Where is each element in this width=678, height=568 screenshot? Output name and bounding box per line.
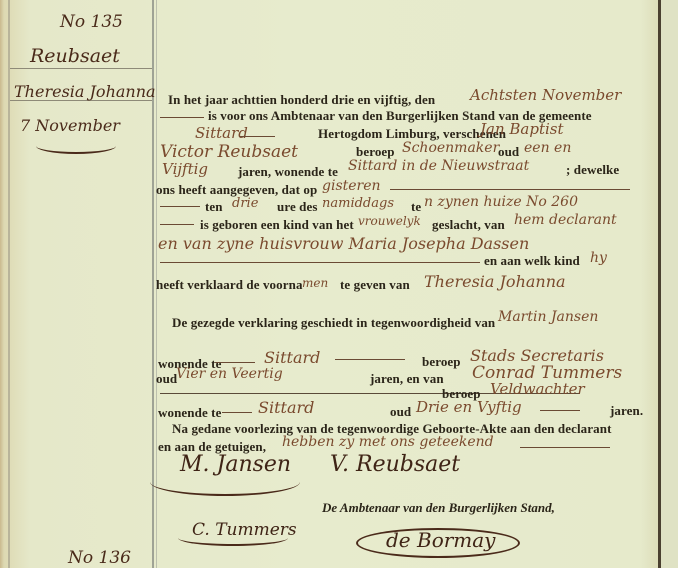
hand-residence: Sittard in de Nieuwstraat [348, 158, 529, 174]
hand-witness1-name: Martin Jansen [498, 309, 598, 325]
margin-flourish [36, 138, 116, 154]
fill-dash [160, 117, 204, 118]
signature-flourish [150, 468, 300, 496]
label-wonende-te: wonende te [158, 405, 221, 421]
hand-witness1-residence: Sittard [264, 348, 320, 367]
hand-date: Achtsten November [470, 86, 621, 104]
fill-dash [160, 224, 194, 225]
label-ure-des: ure des [277, 199, 318, 215]
label-te: te [411, 199, 421, 215]
hand-witness1-age: Vier en Veertig [176, 366, 283, 382]
text-jaren: jaren. [610, 403, 643, 419]
hand-hy: hy [590, 250, 607, 266]
text-born: is geboren een kind van het [200, 217, 354, 233]
page-edge [8, 0, 10, 568]
margin-line [10, 68, 152, 69]
fill-dash [240, 136, 275, 137]
text-witness-intro: De gezegde verklaring geschiedt in tegen… [172, 315, 495, 331]
hand-birth-hour: drie [232, 196, 258, 211]
hand-birth-day: gisteren [322, 178, 381, 194]
hand-father-occupation: Schoenmaker [402, 140, 499, 156]
text-opening: In het jaar achttien honderd drie en vij… [168, 92, 435, 108]
hand-father-name-cont: Victor Reubsaet [160, 142, 298, 162]
label-oud: oud [156, 371, 177, 387]
text-geslacht: geslacht, van [432, 217, 505, 233]
text-name-declared: heeft verklaard de voorna [156, 277, 303, 293]
hand-witness2-age: Drie en Vyftig [416, 398, 522, 416]
hand-child-names: Theresia Johanna [424, 272, 566, 291]
margin-record-number: No 135 [60, 12, 123, 32]
signature-declarant: V. Reubsaet [330, 452, 460, 477]
text-official-title: De Ambtenaar van den Burgerlijken Stand, [322, 500, 555, 516]
hand-child-sex: vrouwelyk [358, 214, 421, 228]
text-welk-kind: en aan welk kind [484, 253, 580, 269]
fill-dash [215, 362, 255, 363]
margin-date: 7 November [20, 116, 120, 135]
signature-flourish [178, 530, 288, 546]
hand-birth-place: n zynen huize No 260 [424, 194, 578, 210]
fill-dash [335, 359, 405, 360]
label-oud: oud [390, 404, 411, 420]
hand-municipality: Sittard [195, 124, 248, 142]
text-te-geven: te geven van [340, 277, 410, 293]
next-page-edge [661, 0, 678, 568]
label-ten: ten [205, 199, 223, 215]
text-jaren-en-van: jaren, en van [370, 371, 444, 387]
label-beroep: beroep [422, 354, 461, 370]
fill-dash [540, 410, 580, 411]
hand-father-age: een en [524, 140, 571, 156]
fill-dash [520, 447, 610, 448]
hand-signed: hebben zy met ons geteekend [282, 434, 494, 450]
text-dewelke: ; dewelke [566, 162, 619, 178]
hand-father-ref: hem declarant [514, 212, 617, 228]
hand-witness2-residence: Sittard [258, 398, 314, 417]
hand-father-age-cont: Vijftig [162, 160, 208, 178]
margin-given-names: Theresia Johanna [14, 82, 156, 101]
fill-dash [160, 262, 480, 263]
fill-dash [222, 412, 252, 413]
margin-surname: Reubsaet [30, 45, 120, 67]
hand-time-of-day: namiddags [322, 196, 394, 211]
hand-witness2-occupation: Veldwachter [490, 380, 585, 398]
fill-dash [160, 206, 200, 207]
hand-mother: en van zyne huisvrouw Maria Josepha Dass… [158, 234, 529, 253]
fill-dash [390, 189, 630, 190]
margin-next-record-number: No 136 [68, 548, 131, 568]
hand-father-name: Jan Baptist [480, 120, 564, 138]
signature-flourish [356, 528, 520, 558]
hand-men: men [302, 276, 328, 290]
